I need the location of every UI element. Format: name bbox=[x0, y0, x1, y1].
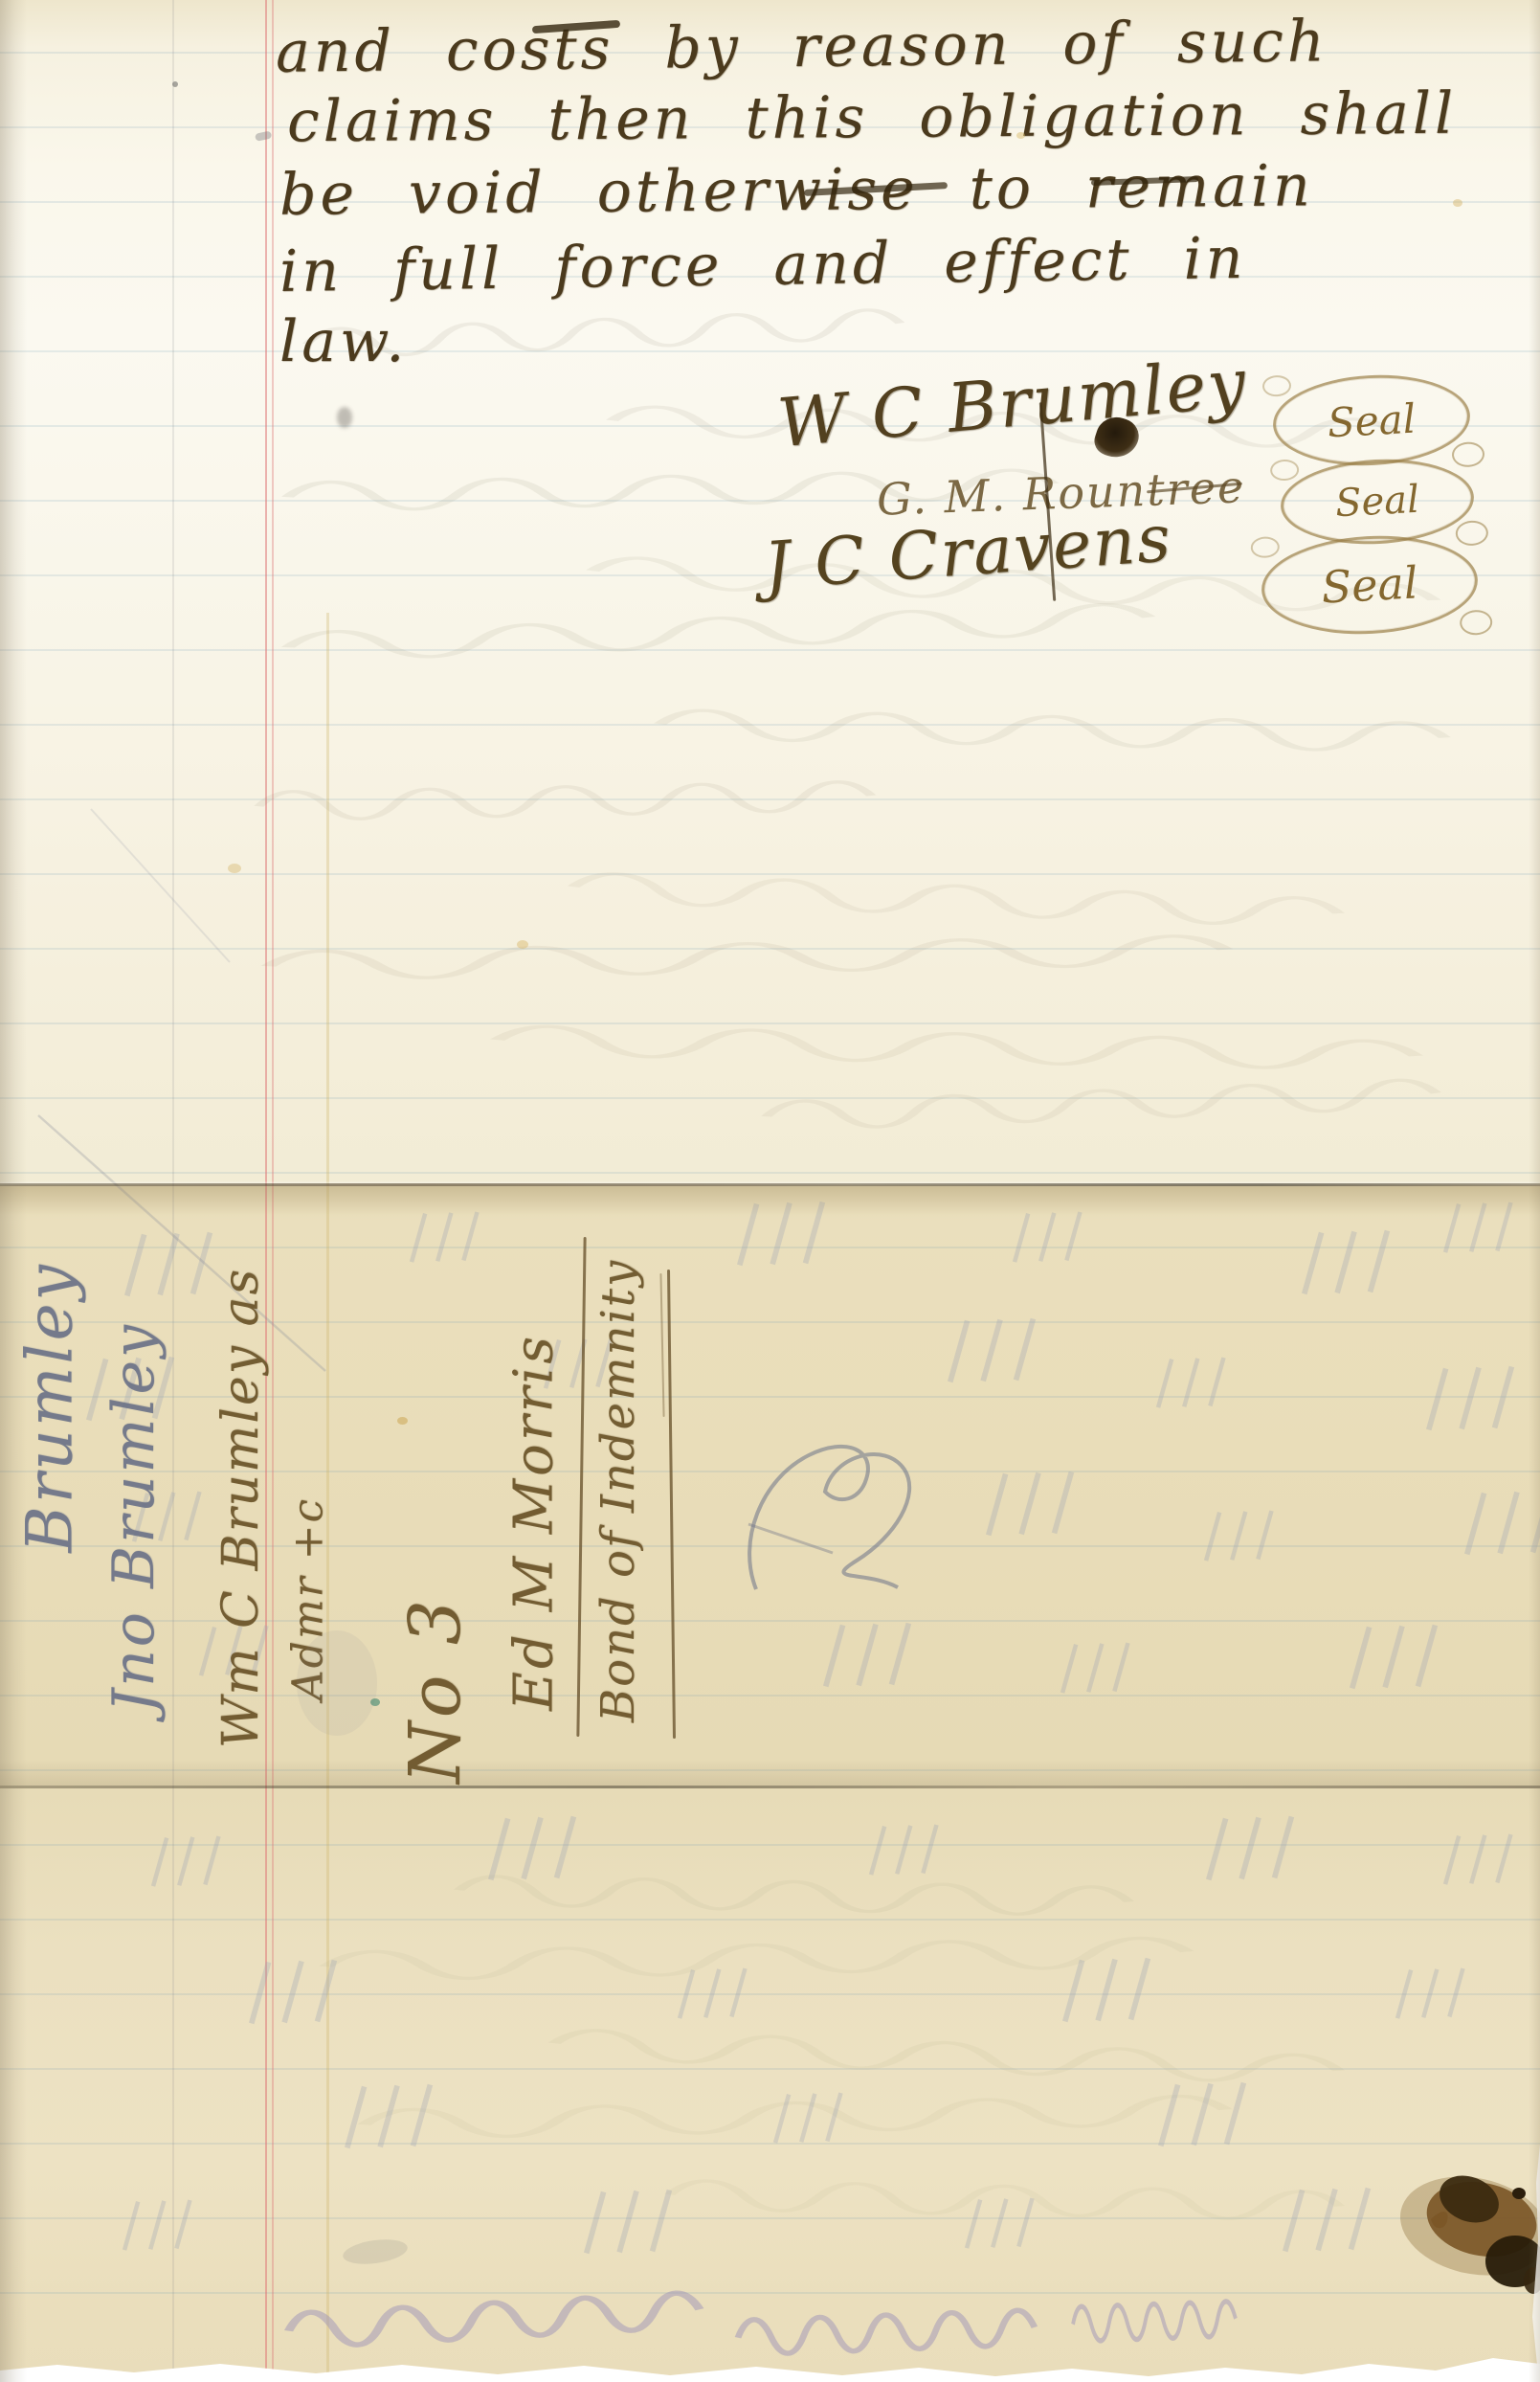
pencil-scribble-b bbox=[748, 1447, 909, 1589]
ink-smudge bbox=[337, 407, 352, 428]
right-edge-shadow bbox=[1529, 0, 1540, 2382]
torn-edge-bottom bbox=[0, 2358, 1540, 2382]
paper-freckle bbox=[397, 1417, 408, 1425]
dark-speck bbox=[172, 81, 178, 87]
paper-freckle bbox=[1016, 132, 1025, 139]
scanned-document-page: and costs by reason of such claims then … bbox=[0, 0, 1540, 2382]
stains-layer bbox=[0, 0, 1540, 2382]
fingerprint-smudge bbox=[297, 1630, 377, 1736]
paper-freckle bbox=[1453, 199, 1462, 207]
left-edge-shadow bbox=[0, 0, 27, 2382]
teal-speck bbox=[370, 1698, 380, 1706]
ink-stain-bottom-right bbox=[1391, 2164, 1540, 2294]
pencil-smudge bbox=[342, 2236, 410, 2267]
paper-freckle bbox=[517, 940, 528, 949]
gray-dash-mark bbox=[255, 130, 272, 141]
paper-freckle bbox=[228, 864, 241, 873]
